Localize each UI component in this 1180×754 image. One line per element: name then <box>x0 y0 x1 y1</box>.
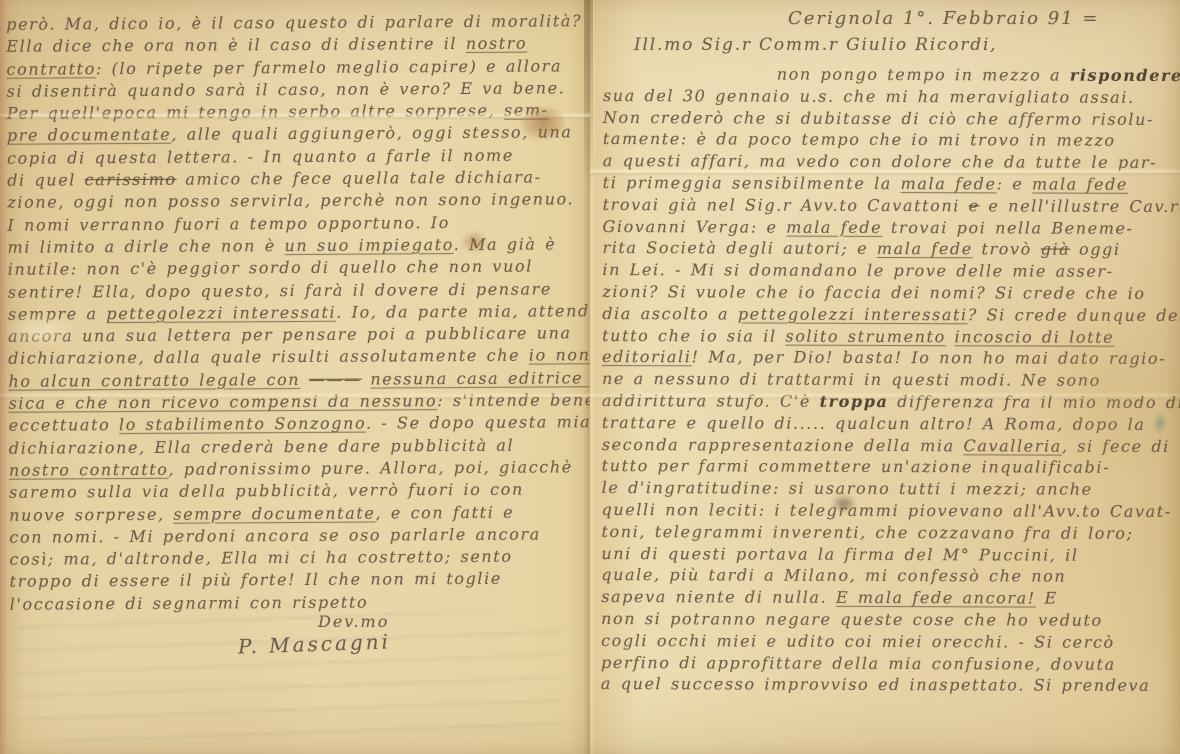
manuscript-line: dia ascolto a pettegolezzi interessati? … <box>602 303 1176 327</box>
manuscript-line: inutile: non c'è peggior sordo di quello… <box>8 256 586 282</box>
manuscript-line: Giovanni Verga: e mala fede trovai poi n… <box>602 216 1176 240</box>
manuscript-line: tutto per farmi commettere un'azione inq… <box>602 455 1176 479</box>
manuscript-line: troppo di essere il più forte! Il che no… <box>10 568 588 594</box>
manuscript-line: trovai già nel Sig.r Avv.to Cavattoni e … <box>603 194 1177 218</box>
manuscript-line: cogli occhi miei e udito coi miei orecch… <box>601 630 1175 654</box>
manuscript-line: quale, più tardi a Milano, mi confessò c… <box>601 564 1175 588</box>
manuscript-line: rita Società degli autori; e mala fede t… <box>602 237 1176 261</box>
manuscript-line: in Lei. - Mi si domandano le prove delle… <box>602 259 1176 283</box>
manuscript-line: ne a nessuno di trattarmi in questi modi… <box>602 368 1176 392</box>
manuscript-line: toni, telegrammi inverenti, che cozzavan… <box>601 521 1175 545</box>
manuscript-line: sua del 30 gennaio u.s. che mi ha meravi… <box>603 85 1177 109</box>
manuscript-line: addirittura stufo. C'è troppa differenza… <box>602 390 1176 414</box>
manuscript-line: le d'ingratitudine: si usarono tutti i m… <box>602 477 1176 501</box>
manuscript-line: uni di questi portava la firma del M° Pu… <box>601 543 1175 567</box>
manuscript-line: pre documentate, alle quali aggiungerò, … <box>7 122 585 148</box>
signature: P. Mascagni <box>238 629 392 658</box>
left-page-text: però. Ma, dico io, è il caso questo di p… <box>6 10 588 616</box>
letter-page-left: però. Ma, dico io, è il caso questo di p… <box>0 0 590 754</box>
manuscript-line: tutto che io sia il solito strumento inc… <box>602 325 1176 349</box>
manuscript-line: zioni? Si vuole che io faccia dei nomi? … <box>602 281 1176 305</box>
right-page-text: non pongo tempo in mezzo a rispondere al… <box>601 63 1177 697</box>
letter-page-right: Cerignola 1°. Febbraio 91 = Ill.mo Sig.r… <box>590 0 1180 754</box>
manuscript-line: sapeva niente di nulla. E mala fede anco… <box>601 586 1175 610</box>
manuscript-line: editoriali! Ma, per Dio! basta! Io non h… <box>602 346 1176 370</box>
manuscript-line: saremo sulla via della pubblicità, verrò… <box>9 478 587 504</box>
valediction: Dev.mo <box>318 612 389 631</box>
manuscript-line: a questi affari, ma vedo con dolore che … <box>603 150 1177 174</box>
manuscript-line: tamente: è da poco tempo che io mi trovo… <box>603 128 1177 152</box>
manuscript-line: zione, oggi non posso servirla, perchè n… <box>7 189 585 215</box>
manuscript-line: trattare e quello di..... qualcun altro!… <box>602 412 1176 436</box>
manuscript-line: non si potranno negare queste cose che h… <box>601 608 1175 632</box>
manuscript-line: eccettuato lo stabilimento Sonzogno. - S… <box>9 412 587 438</box>
place-dateline: Cerignola 1°. Febbraio 91 = <box>788 8 1099 29</box>
manuscript-line: seconda rappresentazione della mia Caval… <box>602 434 1176 458</box>
letter-scan: però. Ma, dico io, è il caso questo di p… <box>0 0 1180 754</box>
manuscript-line: nuove sorprese, sempre documentate, e co… <box>9 501 587 527</box>
manuscript-line: Ella dice che ora non è il caso di disen… <box>6 33 584 59</box>
manuscript-line: quelli non leciti: i telegrammi piovevan… <box>602 499 1176 523</box>
manuscript-line: Non crederò che si dubitasse di ciò che … <box>603 107 1177 131</box>
manuscript-line: non pongo tempo in mezzo a rispondere al… <box>603 63 1177 87</box>
salutation: Ill.mo Sig.r Comm.r Giulio Ricordi, <box>634 35 997 55</box>
manuscript-line: dichiarazione, dalla quale risulti assol… <box>8 345 586 371</box>
manuscript-line: ti primeggia sensibilmente la mala fede:… <box>603 172 1177 196</box>
manuscript-line: a quel successo improvviso ed inaspettat… <box>601 673 1175 697</box>
manuscript-line: l'occasione di segnarmi con rispetto <box>10 590 588 616</box>
manuscript-line: perfino di approfittare della mia confus… <box>601 652 1175 676</box>
